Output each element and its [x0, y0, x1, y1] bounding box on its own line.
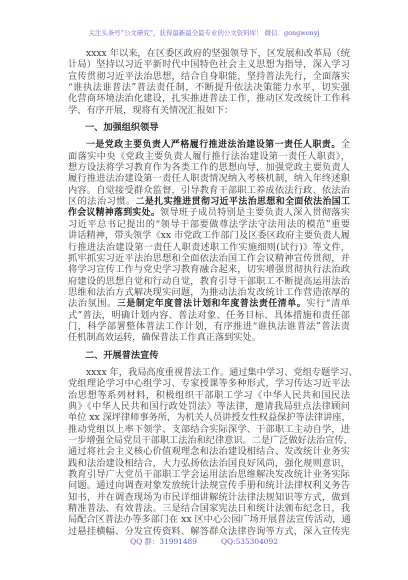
text-line: 习近平总书记提出的“领导干部要做尊法学法守法用法的模范”重要	[68, 219, 350, 230]
text-line: 学、有序开展，现将有关情况汇报如下：	[68, 105, 350, 116]
text-line: 党组理论学习中心组学习、专家授课等多种形式，学习传达习近平法	[68, 378, 350, 389]
text-line: 计局）坚持以习近平新时代中国特色社会主义思想为指导，深入学习	[68, 59, 350, 70]
text-line: 履行推进法治建设第一责任人职责情况纳入考核机制，纳入年终述职	[68, 173, 350, 184]
text-line: 通过将社会主义核心价值观理念和法治建设相结合、发改统计业务实	[68, 446, 350, 457]
text-line: 典》《中华人民共和国行政处罚法》等法律，邀请我局驻点法律顾问	[68, 401, 350, 412]
text-line: xxxx 年，我局高度重视普法工作。通过集中学习、党组专题学习、	[68, 367, 350, 378]
text-line: “谁执法谁普法”普法责任制，不断提升依法决策能力水平，切实强	[68, 82, 350, 93]
text-line: 问题。通过向调查对象发放统计法规宣传手册和统计法律权利义务告	[68, 480, 350, 491]
text-line: 思维和法治方式解决现实问题，为推动法治发改统计工作营造浓厚的	[68, 287, 350, 298]
text-line: 区的法治习惯。二是扎实推进贯彻习近平法治思想和全面依法治国工	[68, 196, 350, 207]
section2-paragraph: xxxx 年，我局高度重视普法工作。通过集中学习、党组专题学习、 党组理论学习中…	[68, 367, 350, 537]
text-line: 推动党组以上率下领学、支部结合实际深学、干部职工主动自学，进	[68, 424, 350, 435]
section1-paragraph: 一是党政主要负责人严格履行推进法治建设第一责任人职责。全 面落实中央《党政主要负…	[68, 139, 350, 343]
bold-point-2-cont: 作会议精神落到实处。	[68, 208, 160, 218]
text-line: 想方设法将学习教育作为各类工作的思想向导，加强党政主要负责人	[68, 162, 350, 173]
text-line: 将学习宣传工作与党史学习教育融合起来，切实增强贯彻执行法治政	[68, 264, 350, 275]
text-line: 作会议精神落到实处。领导班子成员特别是主要负责人深入贯彻落实	[68, 207, 350, 218]
section-heading-publicity: 二、开展普法宣传	[68, 350, 350, 361]
text-line: 单位 xx 深坪律师事务所，为机关人员讲授女性权益保护等法律讲座，	[68, 412, 350, 423]
intro-paragraph: xxxx 年以来，在区委区政府的坚强领导下，区发展和改革局（统 计局）坚持以习近…	[68, 48, 350, 116]
text-line: 治思想等系列材料，积极组织干部职工学习《中华人民共和国民法	[68, 390, 350, 401]
text-line: 内容。自觉接受群众监督，引导教育干部职工养成依法行政、依法治	[68, 185, 350, 196]
promo-header: 关注头条号“公文研究”，获得最新最全最专业的公文资料库！ 微信：gongweny…	[0, 29, 408, 37]
text-line: 式”普法，明确计划内容、普法对象、任务目标、具体措施和责任部	[68, 310, 350, 321]
contact-footer: QQ 群：31991489QQ:535304092	[0, 536, 408, 547]
text-line: 抓牢抓实习近平法治思想和全面依法治国工作会议精神宣传贯彻，并	[68, 253, 350, 264]
qq-group-number: QQ 群：31991489	[130, 536, 197, 547]
text-line: 讲话精神，带头领学《xx 市党政工作部门及区委区政府主要负责人履	[68, 230, 350, 241]
text-line: 一步增强全局党员干部职工法治和纪律意识。二是广泛做好法治宣传，	[68, 435, 350, 446]
text-line: 法治氛围。三是制定年度普法计划和年度普法责任清单。实行“清单	[68, 298, 350, 309]
document-page: 关注头条号“公文研究”，获得最新最全最专业的公文资料库！ 微信：gongweny…	[0, 0, 408, 580]
text-line: 任机制高效运转，确保普法工作真正落到实处。	[68, 332, 350, 343]
text-line: 局配合区普法办等多部门在 xx 区中心公园广场开展普法宣传活动，通	[68, 514, 350, 525]
section-heading-organization: 一、加强组织领导	[68, 122, 350, 133]
text-line: 宣传贯彻习近平法治思想，结合自身职能，坚持普法先行，全面落实	[68, 71, 350, 82]
text-line: 精准普法、有效普法。三是结合国家宪法日和统计法颁布纪念日，我	[68, 503, 350, 514]
qq-number: QQ:535304092	[221, 537, 278, 546]
text-line: 化营商环境法治化建设，扎实推进普法工作，推动区发改统计工作科	[68, 93, 350, 104]
bold-point-3: 三是制定年度普法计划和年度普法责任清单。	[117, 299, 306, 309]
text-line: 践和法治建设相结合，大力弘扬依法治国良好风尚，强化规则意识，	[68, 458, 350, 469]
text-line: 面落实中央《党政主要负责人履行推行法治建设第一责任人职责》，	[68, 151, 350, 162]
text-line: 教育引导广大党员干部职工学会运用法治思维解决发改统计业务实际	[68, 469, 350, 480]
text-line: 府建设的思想自觉和行动自觉，教育引导干部职工不断提高运用法治	[68, 276, 350, 287]
text-line: 一是党政主要负责人严格履行推进法治建设第一责任人职责。全	[68, 139, 350, 150]
text-line: 知书，并在调查现场为市民详细讲解统计法律法规知识等方式，做到	[68, 492, 350, 503]
bold-point-2: 二是扎实推进贯彻习近平法治思想和全面依法治国工	[136, 197, 350, 207]
bold-point-1: 一是党政主要负责人严格履行推进法治建设第一责任人职责。	[86, 140, 341, 150]
text-line: xxxx 年以来，在区委区政府的坚强领导下，区发展和改革局（统	[68, 48, 350, 59]
text-line: 行推进法治建设第一责任人职责述职工作实施细则(试行)》等文件，	[68, 242, 350, 253]
text-line: 门，科学部署整体普法工作计划，有序推进“谁执法谁普法”普法责	[68, 321, 350, 332]
document-body: xxxx 年以来，在区委区政府的坚强领导下，区发展和改革局（统 计局）坚持以习近…	[68, 48, 350, 537]
